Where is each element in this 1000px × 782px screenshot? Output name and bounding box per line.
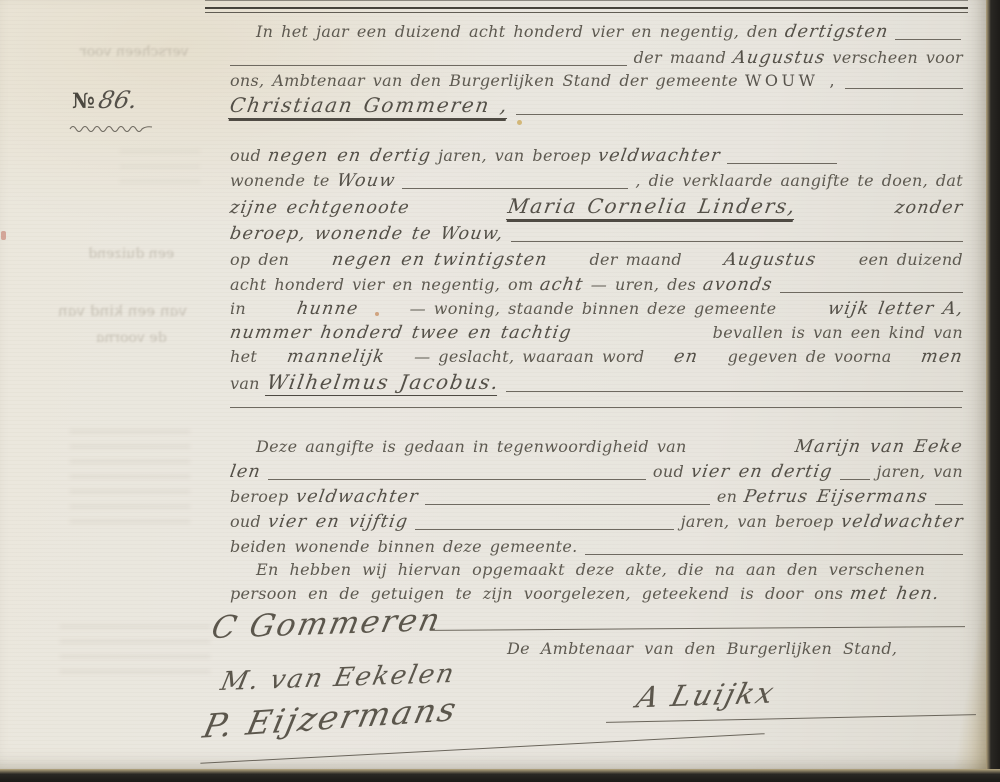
printed-text: oud (230, 512, 261, 533)
printed-text: op den (230, 250, 289, 271)
filler-rule (230, 65, 627, 66)
act-line-7: zijne echtgenoote Maria Cornelia Linders… (230, 194, 963, 220)
birth-address-wijk: wijk letter A, (826, 299, 965, 320)
declarant-age: negen en dertig (266, 146, 432, 167)
act-number-label: № (72, 88, 95, 113)
printed-text: In het jaar een duizend acht honderd vie… (230, 22, 778, 43)
bleedthrough-text: de voorna (95, 330, 168, 346)
printed-text: van (230, 374, 260, 395)
bleedthrough-text: een duizend (87, 246, 175, 262)
printed-text: een duizend (859, 250, 963, 271)
printed-text: jaren, van (877, 462, 963, 483)
declarant-name: Christiaan Gommeren , (228, 93, 511, 119)
edge-mark (1, 231, 6, 240)
handwritten-month: Augustus (731, 48, 827, 69)
printed-text: in (230, 299, 246, 320)
witness-line-4: oud vier en vijftig jaren, van beroep ve… (230, 512, 963, 534)
closing-line-2: persoon en de getuigen te zijn voorgelez… (230, 584, 940, 606)
bleedthrough-text: van een kind van (57, 302, 189, 320)
handwritten-text: avonds (701, 275, 774, 296)
witness1-name: Marijn van Eeke (794, 437, 965, 458)
printed-text: der maand (634, 48, 726, 69)
filler-rule (268, 479, 646, 480)
filler-rule (935, 504, 963, 505)
act-line-8: beroep, wonende te Wouw, (230, 224, 963, 246)
act-line-5: oud negen en dertig jaren, van beroep ve… (230, 146, 837, 168)
signature-official: A Luijkx (633, 676, 779, 715)
printed-text: — geslacht, waaraan word (414, 347, 644, 368)
filler-rule (780, 292, 963, 293)
witness2-age: vier en vijftig (266, 512, 410, 533)
printed-text: en (717, 487, 737, 508)
printed-text: het (230, 347, 257, 368)
printed-text: verscheen voor (832, 48, 963, 69)
printed-text: — uren, des (591, 275, 696, 296)
handwritten-text: beroep, wonende te Wouw, (228, 224, 505, 245)
handwritten-text: men (919, 347, 964, 368)
bleedthrough-smudge (120, 150, 200, 190)
witness-line-5: beiden wonende binnen deze gemeente. (230, 537, 963, 559)
act-line-3: ons, Ambtenaar van den Burgerlijken Stan… (230, 71, 963, 93)
witness2-occupation: veldwachter (839, 512, 965, 533)
printed-text: — woning, staande binnen deze gemeente (410, 299, 777, 320)
act-line-13: het mannelijk — geslacht, waaraan word e… (230, 347, 963, 369)
filler-rule (516, 114, 964, 115)
printed-text: gegeven de voorna (728, 347, 892, 368)
act-line-9: op den negen en twintigsten der maand Au… (230, 250, 963, 272)
top-edge-rule (205, 0, 968, 1)
declarant-occupation: veldwachter (596, 146, 722, 167)
birth-hour: acht (539, 275, 586, 296)
printed-text: oud (230, 146, 261, 167)
handwritten-text: hunne (295, 299, 360, 320)
filler-rule (506, 391, 963, 392)
birth-address-number: nummer honderd twee en tachtig (228, 323, 573, 344)
witness-line-1: Deze aangifte is gedaan in tegenwoordigh… (230, 437, 963, 459)
act-line-11: in hunne — woning, staande binnen deze g… (230, 299, 963, 321)
witness1-name-cont: len (228, 462, 262, 483)
act-line-1: In het jaar een duizend acht honderd vie… (230, 22, 961, 44)
printed-text: Deze aangifte is gedaan in tegenwoordigh… (230, 437, 687, 458)
witness-line-2: len oud vier en dertig jaren, van (230, 462, 963, 484)
printed-text: acht honderd vier en negentig, om (230, 275, 533, 296)
scanned-document: verscheen voor een duizend van een kind … (0, 0, 1000, 782)
witness-line-3: beroep veldwachter en Petrus Eijsermans (230, 487, 963, 509)
filler-rule (840, 479, 870, 480)
filler-rule (845, 88, 963, 89)
filler-rule (895, 39, 961, 40)
filler-rule (585, 554, 963, 555)
printed-text: oud (653, 462, 684, 483)
foxing-spot (517, 120, 522, 125)
handwritten-text: zijne echtgenoote (228, 198, 411, 219)
filler-rule (425, 504, 710, 505)
page-edge-bottom (0, 769, 1000, 782)
witness1-occupation: veldwachter (294, 487, 420, 508)
printed-text: bevallen is van een kind van (713, 323, 963, 344)
bleedthrough-text: verscheen voor (79, 44, 190, 60)
child-gender: mannelijk (285, 347, 386, 368)
declarant-residence: Wouw (335, 171, 397, 192)
printed-text: der maand (589, 250, 681, 271)
official-title: De Ambtenaar van den Burgerlijken Stand, (507, 639, 897, 660)
municipality-name: WOUW , (745, 71, 838, 92)
printed-text: jaren, van beroep (681, 512, 834, 533)
header-double-rule (205, 7, 968, 13)
act-line-10: acht honderd vier en negentig, om acht —… (230, 275, 963, 297)
signature-flourish (606, 714, 976, 723)
official-title-line: De Ambtenaar van den Burgerlijken Stand, (507, 639, 897, 661)
printed-text: jaren, van beroep (438, 146, 591, 167)
filler-rule (402, 188, 628, 189)
birth-day: negen en twintigsten (330, 250, 549, 271)
printed-text: beiden wonende binnen deze gemeente. (230, 537, 578, 558)
act-line-14: van Wilhelmus Jacobus. (230, 370, 963, 396)
witness1-age: vier en dertig (689, 462, 834, 483)
printed-text: En hebben wij hiervan opgemaakt deze akt… (230, 560, 925, 581)
handwritten-text: met hen. (849, 584, 942, 605)
mother-name: Maria Cornelia Linders, (506, 194, 798, 220)
act-line-2: der maand Augustus verscheen voor (230, 48, 963, 70)
signature-witness2: P. Eijzermans (200, 689, 462, 745)
printed-text: wonende te (230, 171, 330, 192)
signature-declarant: C Gommeren (208, 602, 445, 646)
printed-text: beroep (230, 487, 289, 508)
act-line-6: wonende te Wouw , die verklaarde aangift… (230, 171, 963, 193)
act-line-12: nummer honderd twee en tachtig bevallen … (230, 323, 963, 345)
act-number: №86. (72, 86, 164, 134)
squiggle-underline (68, 122, 164, 134)
printed-text: , die verklaarde aangifte te doen, dat (635, 171, 963, 192)
printed-text: persoon en de getuigen te zijn voorgelez… (230, 584, 843, 605)
signature-rule (430, 626, 965, 631)
handwritten-day: dertigsten (783, 22, 890, 43)
document-page: verscheen voor een duizend van een kind … (0, 0, 986, 770)
birth-month: Augustus (723, 250, 819, 271)
filler-rule (727, 163, 837, 164)
filler-rule (415, 529, 673, 530)
closing-line-1: En hebben wij hiervan opgemaakt deze akt… (230, 560, 925, 582)
child-name: Wilhelmus Jacobus. (265, 370, 502, 396)
separator-rule (230, 407, 962, 408)
bleedthrough-smudge (70, 430, 190, 525)
printed-text: ons, Ambtenaar van den Burgerlijken Stan… (230, 71, 738, 92)
witness2-name: Petrus Eijsermans (743, 487, 930, 508)
bleedthrough-smudge (60, 625, 210, 680)
handwritten-text: en (672, 347, 699, 368)
filler-rule (511, 241, 963, 242)
page-edge-right (986, 0, 1000, 782)
act-line-4: Christiaan Gommeren , (230, 93, 963, 119)
act-number-value: 86. (96, 86, 140, 114)
handwritten-text: zonder (893, 198, 964, 219)
